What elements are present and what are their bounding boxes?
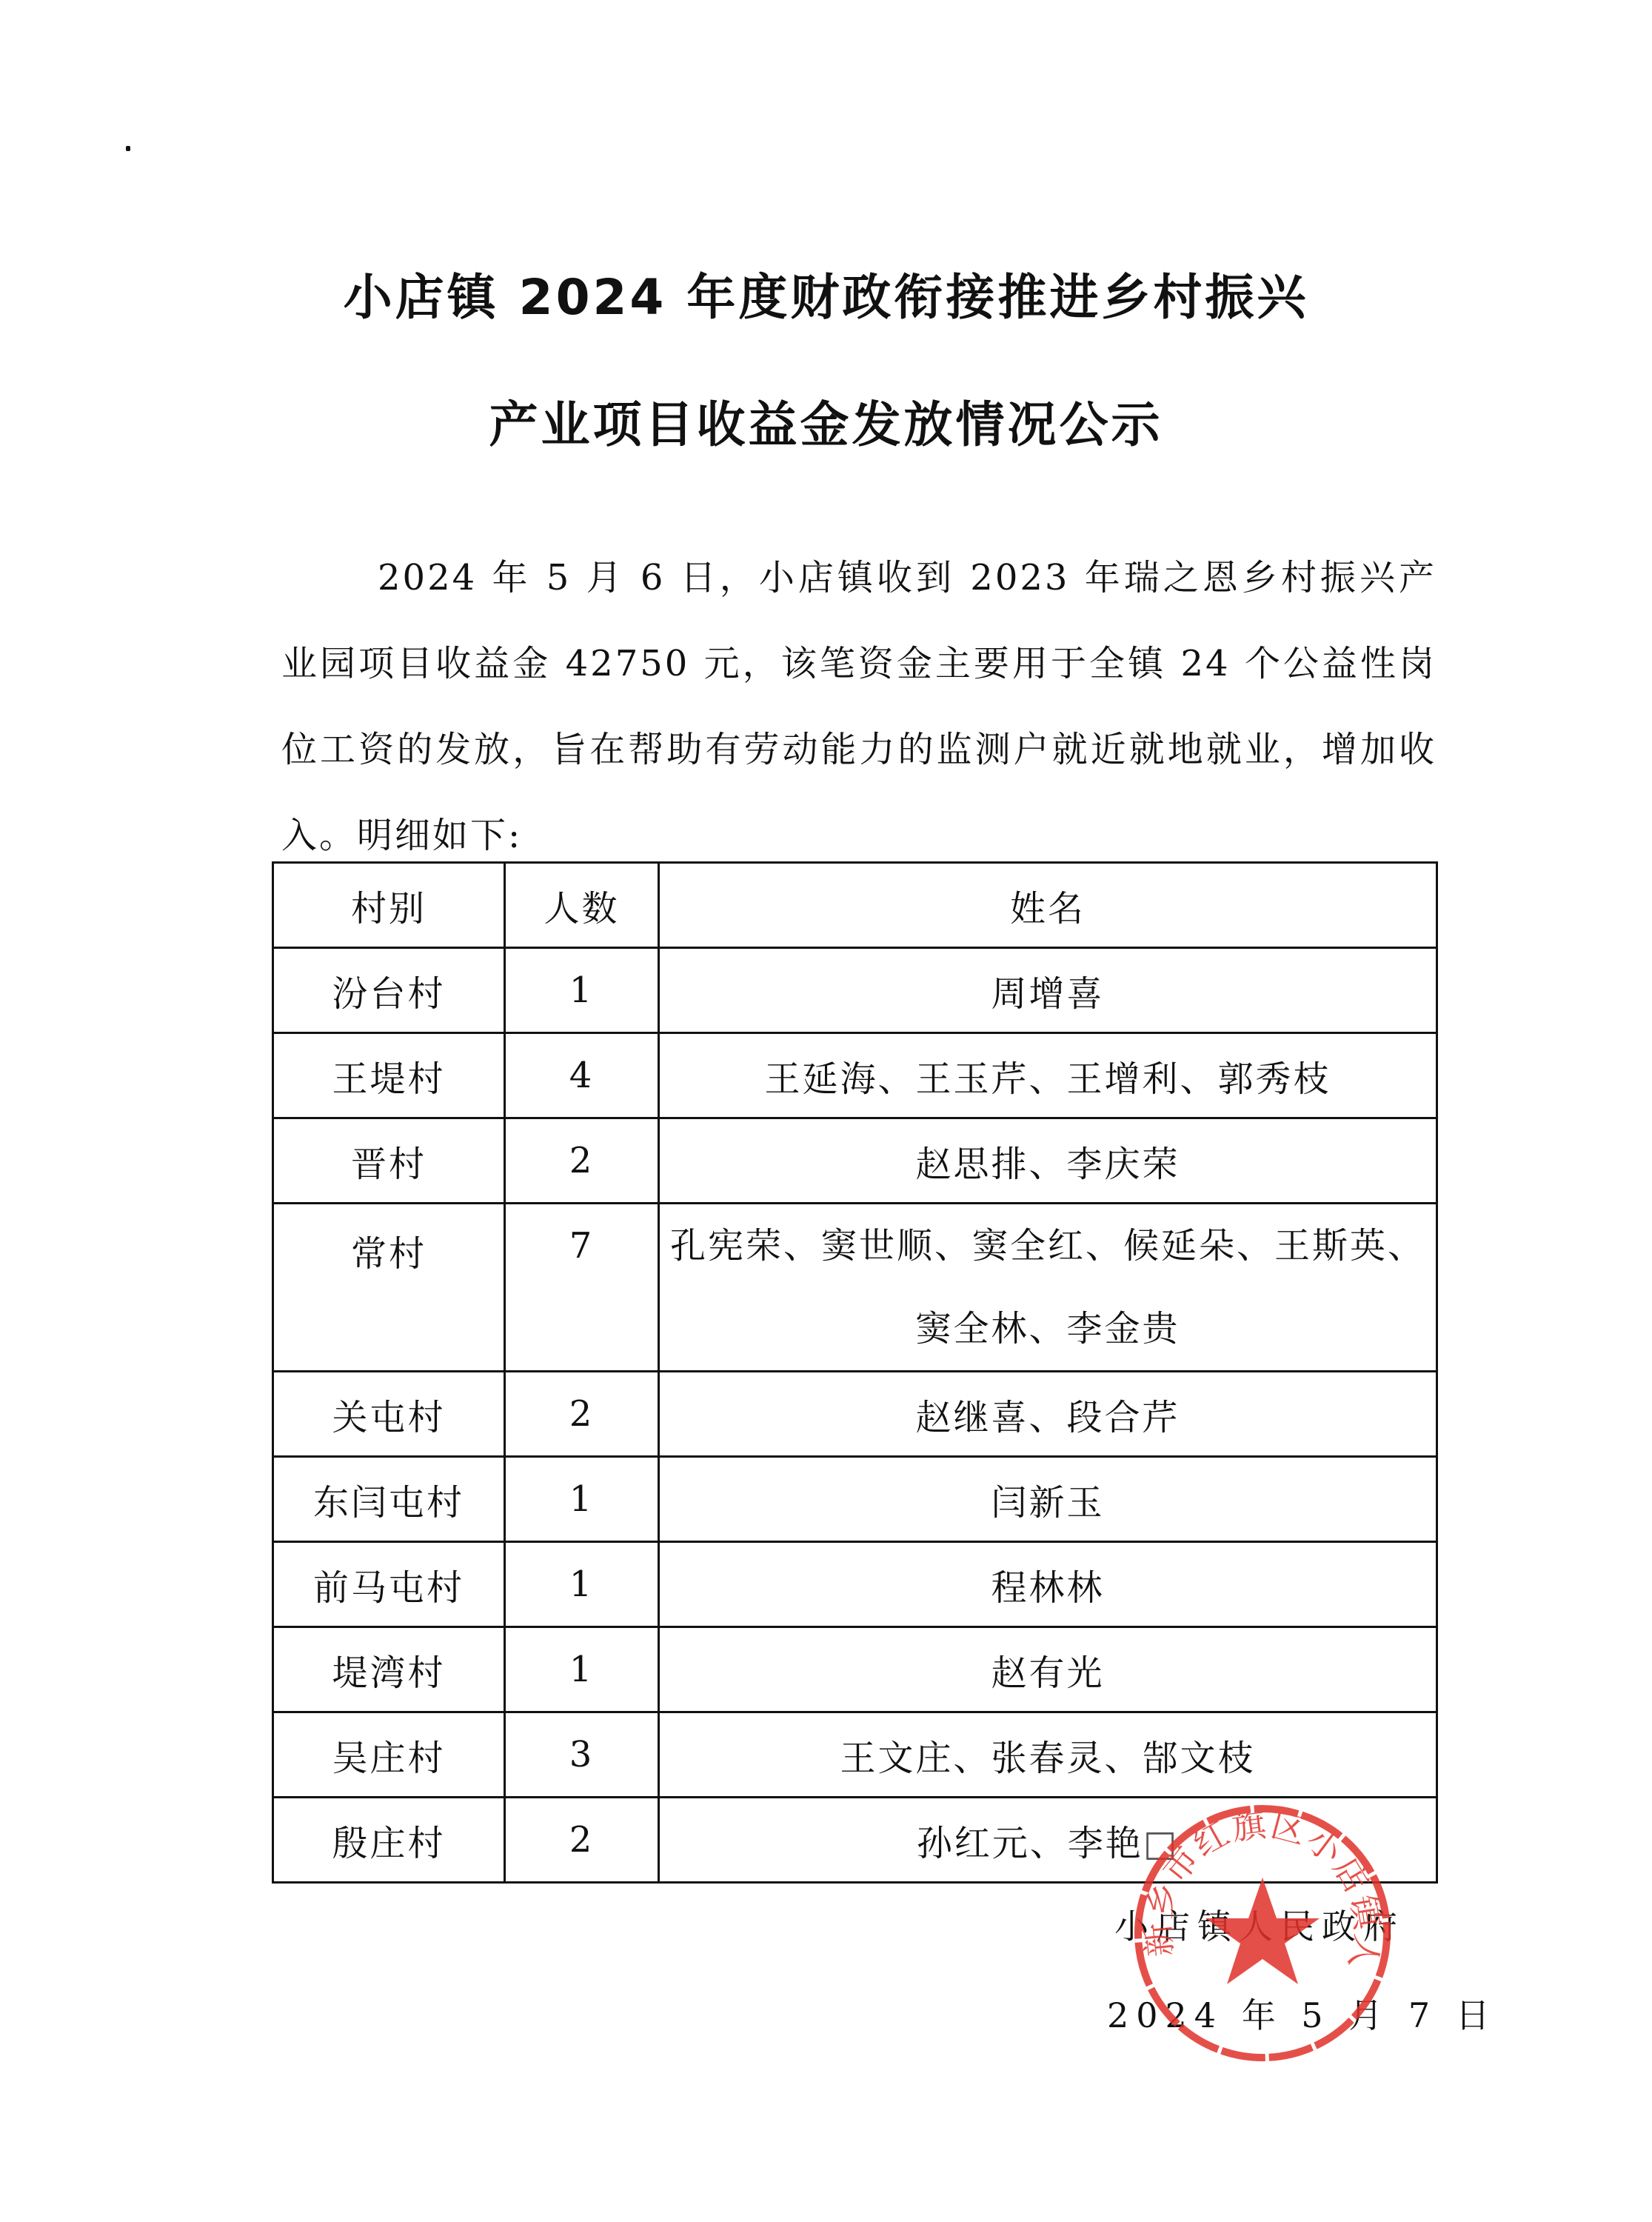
count-cell: 2 — [505, 1372, 659, 1457]
names-cell: 孔宪荣、窦世顺、窦全红、候延朵、王斯英、窦全林、李金贵 — [659, 1204, 1437, 1372]
village-cell: 汾台村 — [273, 948, 505, 1033]
names-cell: 王文庄、张春灵、郜文枝 — [659, 1712, 1437, 1798]
village-cell: 东闫屯村 — [273, 1457, 505, 1542]
body-paragraph: 2024 年 5 月 6 日，小店镇收到 2023 年瑞之恩乡村振兴产业园项目收… — [281, 535, 1437, 878]
count-cell: 1 — [505, 1542, 659, 1627]
village-cell: 前马屯村 — [273, 1542, 505, 1627]
village-cell: 关屯村 — [273, 1372, 505, 1457]
official-seal-icon: 新乡市红旗区小店镇人民政府 — [1129, 1800, 1396, 2066]
names-legible: 孙红元、李艳 — [917, 1823, 1143, 1864]
count-cell: 2 — [505, 1798, 659, 1883]
table-row: 吴庄村 3 王文庄、张春灵、郜文枝 — [273, 1712, 1437, 1798]
names-cell: 程林林 — [659, 1542, 1437, 1627]
names-cell: 赵继喜、段合芹 — [659, 1372, 1437, 1457]
count-cell: 7 — [505, 1204, 659, 1372]
table-row: 王堤村 4 王延海、王玉芹、王增利、郭秀枝 — [273, 1033, 1437, 1118]
count-cell: 4 — [505, 1033, 659, 1118]
count-cell: 1 — [505, 1627, 659, 1712]
recipient-table: 村别 人数 姓名 汾台村 1 周增喜 王堤村 4 王延海、王玉芹、王增利、郭秀枝… — [272, 861, 1438, 1884]
table-row: 东闫屯村 1 闫新玉 — [273, 1457, 1437, 1542]
table-row: 堤湾村 1 赵有光 — [273, 1627, 1437, 1712]
document-title-line-2: 产业项目收益金发放情况公示 — [0, 385, 1652, 456]
header-names: 姓名 — [659, 863, 1437, 948]
village-cell: 堤湾村 — [273, 1627, 505, 1712]
village-cell: 殷庄村 — [273, 1798, 505, 1883]
names-cell: 闫新玉 — [659, 1457, 1437, 1542]
header-village: 村别 — [273, 863, 505, 948]
count-cell: 1 — [505, 948, 659, 1033]
document-title-line-1: 小店镇 2024 年度财政衔接推进乡村振兴 — [0, 258, 1652, 328]
star-icon — [1205, 1878, 1320, 1984]
names-cell: 周增喜 — [659, 948, 1437, 1033]
names-cell: 赵思排、李庆荣 — [659, 1118, 1437, 1204]
village-cell: 吴庄村 — [273, 1712, 505, 1798]
scan-speck — [126, 146, 130, 151]
table-row: 常村 7 孔宪荣、窦世顺、窦全红、候延朵、王斯英、窦全林、李金贵 — [273, 1204, 1437, 1372]
village-cell: 晋村 — [273, 1118, 505, 1204]
table-row: 前马屯村 1 程林林 — [273, 1542, 1437, 1627]
table-header-row: 村别 人数 姓名 — [273, 863, 1437, 948]
names-cell: 王延海、王玉芹、王增利、郭秀枝 — [659, 1033, 1437, 1118]
table-row: 关屯村 2 赵继喜、段合芹 — [273, 1372, 1437, 1457]
header-count: 人数 — [505, 863, 659, 948]
count-cell: 1 — [505, 1457, 659, 1542]
count-cell: 3 — [505, 1712, 659, 1798]
count-cell: 2 — [505, 1118, 659, 1204]
names-cell: 赵有光 — [659, 1627, 1437, 1712]
table-row: 汾台村 1 周增喜 — [273, 948, 1437, 1033]
village-cell: 常村 — [273, 1204, 505, 1372]
village-cell: 王堤村 — [273, 1033, 505, 1118]
table-row: 晋村 2 赵思排、李庆荣 — [273, 1118, 1437, 1204]
